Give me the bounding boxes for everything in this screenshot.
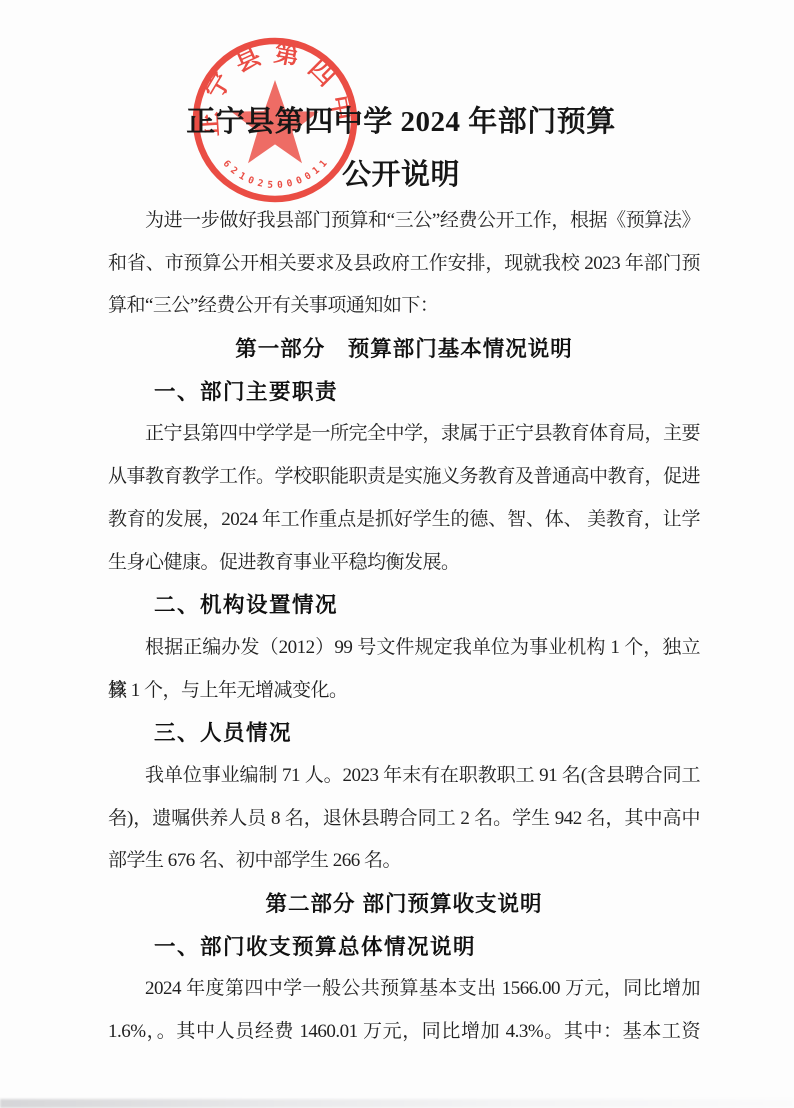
section-heading: 第一部分 预算部门基本情况说明 (108, 328, 700, 371)
text-line: 算和“三公”经费公开有关事项通知如下： (108, 285, 700, 328)
document-title-line1: 正宁县第四中学 2024 年部门预算 (95, 96, 707, 149)
paragraph: 我单位事业编制 71 人。2023 年末有在职教职工 91 名(含县聘合同工一名… (108, 755, 700, 883)
paragraph: 为进一步做好我县部门预算和“三公”经费公开工作，根据《预算法》和省、市预算公开相… (108, 200, 700, 328)
subsection-heading: 二、机构设置情况 (108, 584, 700, 627)
paragraph: 正宁县第四中学学是一所完全中学，隶属于正宁县教育体育局，主要从事教育教学工作。学… (108, 413, 700, 584)
paragraph: 根据正编办发（2012）99 号文件规定我单位为事业机构 1 个，独立核算 1 … (108, 627, 700, 712)
text-line: 根据正编办发（2012）99 号文件规定我单位为事业机构 1 个，独立核 (108, 627, 700, 670)
text-line: 生身心健康。促进教育事业平稳均衡发展。 (108, 542, 700, 585)
paragraph: 2024 年度第四中学一般公共预算基本支出 1566.00 万元，同比增加1.6… (108, 968, 700, 1053)
document-page: 正宁县第四中学 621025000011 正宁县第四中学 2024 年部门预算 … (0, 0, 794, 1108)
section-heading: 第二部分 部门预算收支说明 (108, 883, 700, 926)
text-line: 为进一步做好我县部门预算和“三公”经费公开工作，根据《预算法》 (108, 200, 700, 243)
document-title: 正宁县第四中学 2024 年部门预算 公开说明 (95, 96, 707, 202)
text-line: 和省、市预算公开相关要求及县政府工作安排，现就我校 2023 年部门预 (108, 243, 700, 286)
text-line: 算 1 个，与上年无增减变化。 (108, 670, 700, 713)
text-line: 我单位事业编制 71 人。2023 年末有在职教职工 91 名(含县聘合同工一 (108, 755, 700, 798)
text-line: 2024 年度第四中学一般公共预算基本支出 1566.00 万元，同比增加 (108, 968, 700, 1011)
text-line: 从事教育教学工作。学校职能职责是实施义务教育及普通高中教育，促进 (108, 456, 700, 499)
text-line: 教育的发展，2024 年工作重点是抓好学生的德、智、体、 美教育，让学 (108, 499, 700, 542)
text-line: 正宁县第四中学学是一所完全中学，隶属于正宁县教育体育局，主要 (108, 413, 700, 456)
text-line: 1.6%，。其中人员经费 1460.01 万元，同比增加 4.3%。其中：基本工… (108, 1011, 700, 1054)
document-title-line2: 公开说明 (95, 149, 707, 202)
text-line: 部学生 676 名、初中部学生 266 名。 (108, 840, 700, 883)
content-column: 为进一步做好我县部门预算和“三公”经费公开工作，根据《预算法》和省、市预算公开相… (108, 200, 700, 1054)
subsection-heading: 三、人员情况 (108, 712, 700, 755)
subsection-heading: 一、部门主要职责 (108, 371, 700, 414)
subsection-heading: 一、部门收支预算总体情况说明 (108, 926, 700, 969)
scan-shadow (0, 1099, 794, 1108)
text-line: 名)，遗嘱供养人员 8 名，退休县聘合同工 2 名。学生 942 名，其中高中 (108, 798, 700, 841)
